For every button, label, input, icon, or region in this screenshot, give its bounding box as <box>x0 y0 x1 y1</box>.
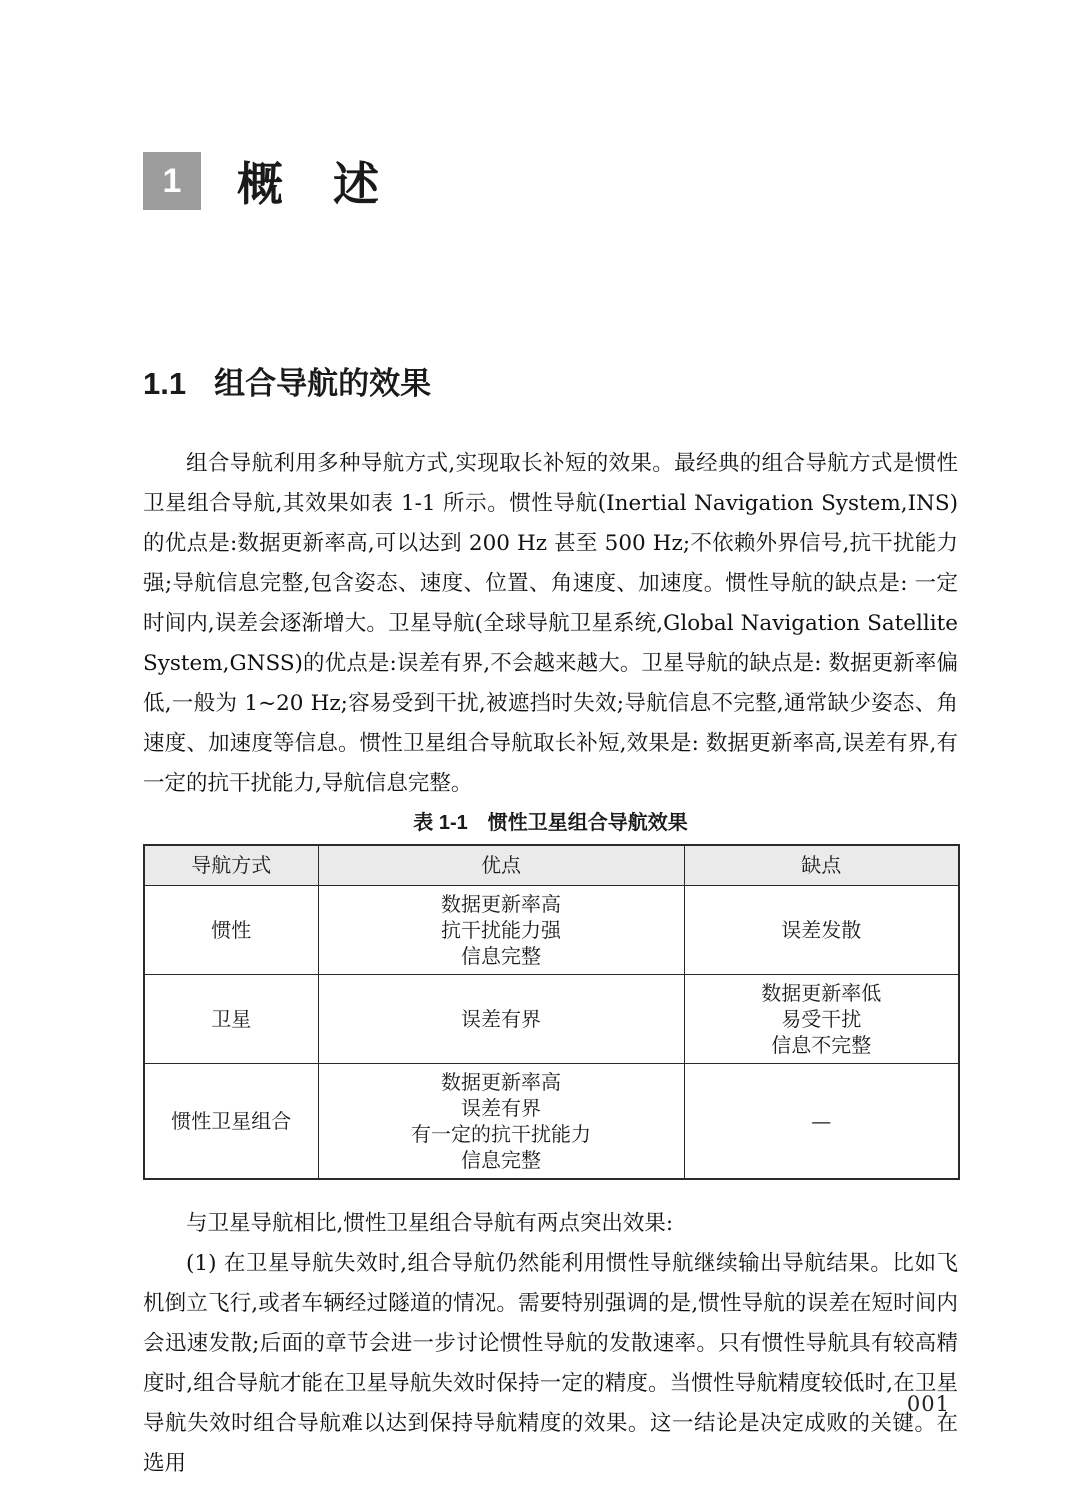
table-header-row: 导航方式 优点 缺点 <box>144 845 959 885</box>
cell-cons: 误差发散 <box>684 885 959 974</box>
chapter-number-badge: 1 <box>143 152 201 210</box>
cell-cons: 数据更新率低易受干扰信息不完整 <box>684 974 959 1063</box>
section-heading: 1.1 组合导航的效果 <box>143 368 958 400</box>
table-row-satellite: 卫星 误差有界 数据更新率低易受干扰信息不完整 <box>144 974 959 1063</box>
paragraph-intro: 组合导航利用多种导航方式,实现取长补短的效果。最经典的组合导航方式是惯性卫星组合… <box>143 444 958 804</box>
table-row-integrated: 惯性卫星组合 数据更新率高误差有界有一定的抗干扰能力信息完整 — <box>144 1063 959 1179</box>
chapter-title: 概 述 <box>237 148 381 214</box>
cell-cons: — <box>684 1063 959 1179</box>
cell-pros: 误差有界 <box>318 974 684 1063</box>
cell-method: 卫星 <box>144 974 318 1063</box>
paragraph-point-1: (1) 在卫星导航失效时,组合导航仍然能利用惯性导航继续输出导航结果。比如飞机倒… <box>143 1244 958 1484</box>
document-page: 1 概 述 1.1 组合导航的效果 组合导航利用多种导航方式,实现取长补短的效果… <box>0 0 1083 1508</box>
table-caption: 表 1-1 惯性卫星组合导航效果 <box>143 810 958 836</box>
navigation-comparison-table: 导航方式 优点 缺点 惯性 数据更新率高抗干扰能力强信息完整 误差发散 卫星 误… <box>143 844 960 1180</box>
cell-pros: 数据更新率高抗干扰能力强信息完整 <box>318 885 684 974</box>
cell-pros: 数据更新率高误差有界有一定的抗干扰能力信息完整 <box>318 1063 684 1179</box>
section-number: 1.1 <box>143 368 186 400</box>
paragraph-lead: 与卫星导航相比,惯性卫星组合导航有两点突出效果: <box>143 1204 958 1244</box>
chapter-header: 1 概 述 <box>143 152 958 210</box>
chapter-number: 1 <box>163 162 182 201</box>
column-header-pros: 优点 <box>318 845 684 885</box>
section-title: 组合导航的效果 <box>214 368 431 400</box>
cell-method: 惯性 <box>144 885 318 974</box>
column-header-cons: 缺点 <box>684 845 959 885</box>
table-row-inertial: 惯性 数据更新率高抗干扰能力强信息完整 误差发散 <box>144 885 959 974</box>
column-header-method: 导航方式 <box>144 845 318 885</box>
cell-method: 惯性卫星组合 <box>144 1063 318 1179</box>
page-number: 001 <box>907 1392 950 1416</box>
